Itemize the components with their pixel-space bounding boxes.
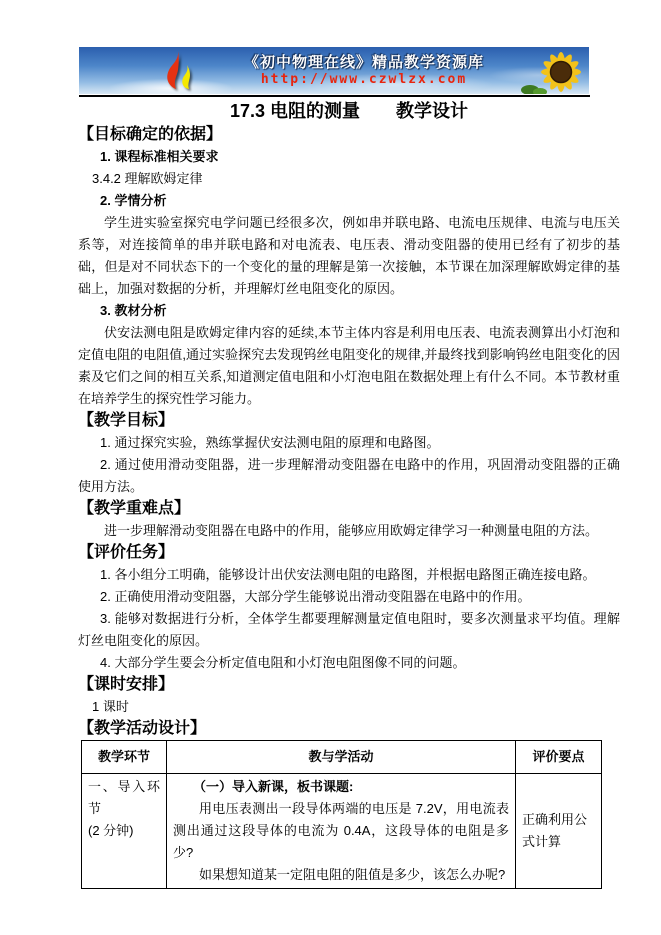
objective-item-1: 1. 通过探究实验，熟练掌握伏安法测电阻的原理和电路图。 [78,432,620,454]
banner-site-url[interactable]: http://www.czwlzx.com [209,72,519,87]
stage-time: (2 分钟) [88,820,160,842]
stage-label: 一、导入环节 [88,776,160,820]
evaluation-item-1: 1. 各小组分工明确，能够设计出伏安法测电阻的电路图，并根据电路图正确连接电路。 [78,564,620,586]
para-key-points: 进一步理解滑动变阻器在电路中的作用，能够应用欧姆定律学习一种测量电阻的方法。 [78,520,620,542]
section-heading-activity-design: 【教学活动设计】 [78,718,620,740]
table-header-row: 教学环节 教与学活动 评价要点 [82,741,602,774]
site-banner: 《初中物理在线》精品教学资源库 http://www.czwlzx.com [79,47,589,94]
subheading-learning-analysis: 2. 学情分析 [78,190,620,212]
subheading-textbook-analysis: 3. 教材分析 [78,300,620,322]
item-ohm-law: 3.4.2 理解欧姆定律 [78,168,620,190]
subheading-curriculum: 1. 课程标准相关要求 [78,146,620,168]
evaluation-item-3: 3. 能够对数据进行分析，全体学生都要理解测量定值电阻时，要多次测量求平均值。理… [78,608,620,652]
page-title: 17.3 电阻的测量 教学设计 [78,99,620,124]
banner-site-title: 《初中物理在线》精品教学资源库 [209,51,519,72]
evaluation-cell: 正确利用公式计算 [516,774,602,889]
table-header-activity: 教与学活动 [167,741,516,774]
section-heading-objectives: 【教学目标】 [78,410,620,432]
section-heading-evaluation: 【评价任务】 [78,542,620,564]
objective-item-2: 2. 通过使用滑动变阻器，进一步理解滑动变阻器在电路中的作用，巩固滑动变阻器的正… [78,454,620,498]
banner-text-block: 《初中物理在线》精品教学资源库 http://www.czwlzx.com [209,51,519,87]
document-content: 17.3 电阻的测量 教学设计 【目标确定的依据】 1. 课程标准相关要求 3.… [78,99,620,889]
sunflower-icon [520,50,586,94]
para-learning-analysis: 学生进实验室探究电学问题已经很多次，例如串并联电路、电流电压规律、电流与电压关系… [78,212,620,300]
evaluation-item-4: 4. 大部分学生要会分析定值电阻和小灯泡电阻图像不同的问题。 [78,652,620,674]
activity-table: 教学环节 教与学活动 评价要点 一、导入环节 (2 分钟) （一）导入新课，板书… [81,740,602,889]
section-heading-basis: 【目标确定的依据】 [78,124,620,146]
evaluation-item-2: 2. 正确使用滑动变阻器，大部分学生能够说出滑动变阻器在电路中的作用。 [78,586,620,608]
section-heading-schedule: 【课时安排】 [78,674,620,696]
divider-line [79,95,590,97]
para-textbook-analysis: 伏安法测电阻是欧姆定律内容的延续,本节主体内容是利用电压表、电流表测算出小灯泡和… [78,322,620,410]
evaluation-note: 正确利用公式计算 [522,809,595,853]
table-header-evaluation: 评价要点 [516,741,602,774]
para-schedule: 1 课时 [78,696,620,718]
activity-title: （一）导入新课，板书课题: [173,776,509,798]
document-page: 《初中物理在线》精品教学资源库 http://www.czwlzx.com 17… [0,0,661,935]
table-row: 一、导入环节 (2 分钟) （一）导入新课，板书课题: 用电压表测出一段导体两端… [82,774,602,889]
table-header-stage: 教学环节 [82,741,167,774]
activity-paragraph-2: 如果想知道某一定阻电阻的阻值是多少，该怎么办呢? [173,864,509,886]
section-heading-key-points: 【教学重难点】 [78,498,620,520]
flame-logo-icon [163,50,197,91]
activity-cell: （一）导入新课，板书课题: 用电压表测出一段导体两端的电压是 7.2V，用电流表… [167,774,516,889]
activity-paragraph-1: 用电压表测出一段导体两端的电压是 7.2V，用电流表测出通过这段导体的电流为 0… [173,798,509,864]
stage-cell: 一、导入环节 (2 分钟) [82,774,167,889]
